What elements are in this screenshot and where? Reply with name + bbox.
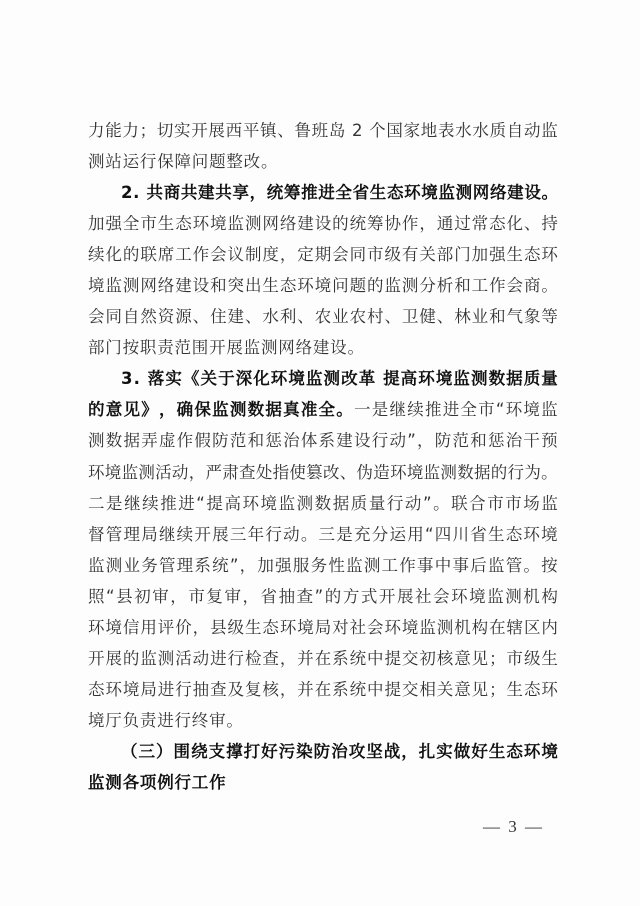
text-char: . bbox=[133, 177, 139, 208]
text-char: 测 bbox=[505, 581, 522, 612]
document-body: 力能力；切实开展西平镇、鲁班岛 2 个国家地表水水质自动监测站运行保障问题整改。… bbox=[88, 115, 558, 798]
text-char: 量 bbox=[369, 488, 386, 519]
text-char: 生 bbox=[488, 519, 505, 550]
text-char: 治 bbox=[331, 736, 348, 767]
text-char: 的 bbox=[367, 270, 384, 301]
text-char: 中 bbox=[367, 643, 384, 674]
text-char: 加 bbox=[257, 550, 274, 581]
text-line: 督管理局继续开展三年行动。三是充分运用“四川省生态环境 bbox=[88, 519, 558, 550]
text-char: 境 bbox=[541, 519, 558, 550]
text-char: 网 bbox=[262, 208, 279, 239]
text-char: 络 bbox=[280, 208, 297, 239]
text-char: 监 bbox=[424, 457, 441, 488]
text-char: 监 bbox=[105, 270, 122, 301]
text-char: 行 bbox=[228, 643, 245, 674]
text-char: 防 bbox=[314, 736, 331, 767]
text-char: 气 bbox=[507, 301, 524, 332]
text-char: 管 bbox=[106, 519, 123, 550]
text-char: 意 bbox=[454, 674, 471, 705]
text-char: 进 bbox=[443, 394, 460, 425]
text-char: 。 bbox=[347, 332, 364, 363]
text-char: 辖 bbox=[507, 612, 524, 643]
text-char: 整 bbox=[226, 146, 243, 177]
text-char: ） bbox=[156, 736, 173, 767]
text-char bbox=[376, 363, 382, 394]
text-char: 核 bbox=[262, 674, 279, 705]
text-char: 的 bbox=[123, 643, 140, 674]
text-char: 业 bbox=[332, 301, 349, 332]
text-char: 监 bbox=[88, 767, 105, 798]
text-char: 数 bbox=[315, 488, 332, 519]
text-char: 态 bbox=[524, 674, 541, 705]
text-char: 3 bbox=[121, 363, 132, 394]
text-char: 共 bbox=[181, 177, 198, 208]
text-char: 境 bbox=[407, 457, 424, 488]
text-char: 提 bbox=[384, 643, 401, 674]
text-char: 强 bbox=[105, 208, 122, 239]
text-char: 境 bbox=[123, 674, 140, 705]
text-char: 环 bbox=[390, 457, 407, 488]
text-char: 打 bbox=[244, 736, 261, 767]
text-char: 2 bbox=[121, 177, 132, 208]
text-char: 境 bbox=[421, 177, 438, 208]
text-char: 提 bbox=[384, 674, 401, 705]
text-char: 测 bbox=[88, 146, 105, 177]
text-line: 二是继续推进“提高环境监测数据质量行动”。联合市市场监 bbox=[88, 488, 558, 519]
text-char: 真 bbox=[283, 394, 300, 425]
text-char: 环 bbox=[193, 208, 210, 239]
text-char: 测 bbox=[245, 208, 262, 239]
text-char: 络 bbox=[490, 177, 507, 208]
text-char: 系 bbox=[332, 674, 349, 705]
text-char: 境 bbox=[88, 270, 105, 301]
text-char: 责 bbox=[157, 332, 174, 363]
text-char: 性 bbox=[328, 550, 345, 581]
text-char: 改 bbox=[244, 146, 261, 177]
text-char: 环 bbox=[541, 674, 558, 705]
text-char: ， bbox=[419, 208, 436, 239]
text-char: 题 bbox=[209, 146, 226, 177]
text-char: （ bbox=[121, 736, 138, 767]
text-char: 同 bbox=[350, 239, 367, 270]
text-char: 监 bbox=[306, 363, 323, 394]
text-char: 级 bbox=[228, 612, 245, 643]
text-char: 管 bbox=[506, 550, 523, 581]
text-char: 进 bbox=[318, 177, 335, 208]
text-char: 作 bbox=[399, 550, 416, 581]
text-char: 范 bbox=[452, 425, 469, 456]
text-char: 、 bbox=[524, 208, 541, 239]
text-char: 测 bbox=[402, 270, 419, 301]
text-char: 篡 bbox=[306, 457, 323, 488]
text-char: 测 bbox=[88, 425, 105, 456]
text-char: 实 bbox=[174, 115, 191, 146]
text-char: 于 bbox=[218, 363, 235, 394]
text-char: 联 bbox=[451, 488, 468, 519]
text-char: 。 bbox=[523, 550, 540, 581]
text-char: 门 bbox=[454, 239, 471, 270]
text-char: 工 bbox=[472, 270, 489, 301]
text-char: 防 bbox=[212, 425, 229, 456]
text-char: 开 bbox=[191, 115, 208, 146]
text-char: 境 bbox=[261, 488, 278, 519]
text-char: 测 bbox=[456, 177, 473, 208]
text-char: 按 bbox=[541, 550, 558, 581]
text-char: 提 bbox=[206, 488, 223, 519]
text-char: 监 bbox=[140, 643, 157, 674]
text-char: 理 bbox=[123, 519, 140, 550]
text-char: 全 bbox=[335, 177, 352, 208]
text-char: 测 bbox=[123, 270, 140, 301]
text-char: 境 bbox=[288, 363, 305, 394]
text-char: 地 bbox=[421, 115, 438, 146]
text-char bbox=[141, 363, 147, 394]
text-char: ， bbox=[250, 177, 267, 208]
text-char: 按 bbox=[123, 332, 140, 363]
text-char: 环 bbox=[506, 394, 523, 425]
text-char: 环 bbox=[451, 581, 468, 612]
text-char: 测 bbox=[158, 643, 175, 674]
text-char: 审 bbox=[152, 581, 169, 612]
text-char: 扎 bbox=[419, 736, 436, 767]
text-char: 态 bbox=[506, 736, 523, 767]
text-char: ， bbox=[242, 581, 259, 612]
text-char: 用 bbox=[407, 519, 424, 550]
text-char: 环 bbox=[541, 239, 558, 270]
text-line: 环境信用评价，县级生态环境局对社会环境监测机构在辖区内 bbox=[88, 612, 558, 643]
text-char: 后 bbox=[470, 550, 487, 581]
text-char: “ bbox=[106, 581, 115, 612]
text-char: 工 bbox=[175, 239, 192, 270]
text-char: 境 bbox=[402, 612, 419, 643]
text-char: 指 bbox=[273, 457, 290, 488]
text-char: 展 bbox=[397, 581, 414, 612]
text-line: 测数据弄虚作假防范和惩治体系建设行动”，防范和惩治干预 bbox=[88, 425, 558, 456]
text-char: 干 bbox=[523, 425, 540, 456]
text-char: 保 bbox=[194, 394, 211, 425]
text-char: 定 bbox=[297, 239, 314, 270]
text-char: 、 bbox=[245, 301, 262, 332]
text-char: 级 bbox=[384, 239, 401, 270]
text-char: 环 bbox=[271, 363, 288, 394]
text-char: 市 bbox=[505, 488, 522, 519]
text-char: 商 bbox=[164, 177, 181, 208]
text-char: 据 bbox=[474, 457, 491, 488]
text-char: 伪 bbox=[357, 457, 374, 488]
text-char: 环 bbox=[524, 736, 541, 767]
text-char: 续 bbox=[142, 488, 159, 519]
text-char: 核 bbox=[437, 643, 454, 674]
text-char: 攻 bbox=[349, 736, 366, 767]
text-char: 系 bbox=[194, 550, 211, 581]
text-char: 督 bbox=[88, 519, 105, 550]
text-char: 在 bbox=[489, 612, 506, 643]
text-char: 构 bbox=[472, 612, 489, 643]
text-char: 环 bbox=[105, 674, 122, 705]
text-char: 初 bbox=[419, 643, 436, 674]
text-char: 网 bbox=[473, 177, 490, 208]
text-char: “ bbox=[425, 519, 434, 550]
text-char: 意 bbox=[454, 643, 471, 674]
text-char: 为 bbox=[524, 457, 541, 488]
text-char: 态 bbox=[88, 674, 105, 705]
text-char: 的 bbox=[123, 239, 140, 270]
text-char: 业 bbox=[472, 301, 489, 332]
document-page: 力能力；切实开展西平镇、鲁班岛 2 个国家地表水水质自动监测站运行保障问题整改。… bbox=[0, 0, 640, 906]
text-char: 社 bbox=[415, 581, 432, 612]
text-char: 和 bbox=[489, 301, 506, 332]
text-char: 局 bbox=[140, 674, 157, 705]
text-char: 是 bbox=[106, 488, 123, 519]
text-char: 数 bbox=[457, 457, 474, 488]
text-char: 统 bbox=[267, 177, 284, 208]
text-char: 管 bbox=[159, 550, 176, 581]
text-char: 态 bbox=[280, 270, 297, 301]
text-char: 质 bbox=[351, 488, 368, 519]
text-char: 肃 bbox=[222, 457, 239, 488]
text-char: 价 bbox=[175, 612, 192, 643]
text-char: 突 bbox=[228, 270, 245, 301]
text-char: 落 bbox=[148, 363, 165, 394]
text-char: 设 bbox=[330, 332, 347, 363]
text-char: 动 bbox=[405, 488, 422, 519]
text-char: 查 bbox=[239, 457, 256, 488]
text-char: 活 bbox=[175, 643, 192, 674]
text-char: 监 bbox=[419, 612, 436, 643]
text-char: 。 bbox=[301, 519, 318, 550]
text-char: 的 bbox=[491, 457, 508, 488]
text-char: 质 bbox=[524, 363, 541, 394]
text-char: 共 bbox=[147, 177, 164, 208]
text-char: 继 bbox=[389, 394, 406, 425]
text-char: 据 bbox=[123, 425, 140, 456]
text-char: 监 bbox=[384, 270, 401, 301]
text-char: 社 bbox=[350, 612, 367, 643]
text-char: 的 bbox=[325, 581, 342, 612]
text-line: 态环境局进行抽查及复核，并在系统中提交相关意见；生态环 bbox=[88, 674, 558, 705]
text-char: ” bbox=[407, 425, 416, 456]
text-char: 行 bbox=[174, 705, 191, 736]
text-line: 环境监测活动，严肃查处指使篡改、伪造环境监测数据的行为。 bbox=[88, 457, 558, 488]
text-char: 建 bbox=[297, 208, 314, 239]
text-char: 市 bbox=[478, 394, 495, 425]
text-char: 态 bbox=[262, 612, 279, 643]
text-char: 推 bbox=[301, 177, 318, 208]
text-char: 化 bbox=[253, 363, 270, 394]
text-char: 、 bbox=[277, 115, 294, 146]
text-char: 实 bbox=[165, 363, 182, 394]
text-char: 环 bbox=[297, 270, 314, 301]
text-char: 能 bbox=[105, 115, 122, 146]
text-char: 惩 bbox=[265, 425, 282, 456]
text-char: 见 bbox=[123, 394, 140, 425]
text-char: ， bbox=[417, 425, 434, 456]
text-line: 部门按职责范围开展监测网络建设。 bbox=[88, 332, 558, 363]
text-char: 服 bbox=[293, 550, 310, 581]
text-char: 省 bbox=[353, 177, 370, 208]
text-char: 中 bbox=[435, 550, 452, 581]
text-char: 行 bbox=[265, 519, 282, 550]
text-char: 级 bbox=[524, 643, 541, 674]
text-char: 弄 bbox=[141, 425, 158, 456]
text-char: 全 bbox=[319, 394, 336, 425]
text-char: 惩 bbox=[488, 425, 505, 456]
text-char: 分 bbox=[419, 270, 436, 301]
text-char: 、 bbox=[193, 301, 210, 332]
text-char: 自 bbox=[123, 301, 140, 332]
text-char: 和 bbox=[248, 425, 265, 456]
text-char: 障 bbox=[174, 146, 191, 177]
text-char: 设 bbox=[524, 177, 541, 208]
text-char: 监 bbox=[346, 550, 363, 581]
text-char: 岛 bbox=[329, 115, 346, 146]
text-char: 范 bbox=[174, 332, 191, 363]
text-char: 理 bbox=[177, 550, 194, 581]
text-char: 健 bbox=[419, 301, 436, 332]
text-char: 境 bbox=[436, 363, 453, 394]
text-char: 个 bbox=[369, 115, 386, 146]
text-char: 期 bbox=[315, 239, 332, 270]
text-char: 分 bbox=[372, 519, 389, 550]
text-char: 水 bbox=[455, 115, 472, 146]
text-char: 平 bbox=[243, 115, 260, 146]
text-char: 深 bbox=[236, 363, 253, 394]
text-char: 做 bbox=[454, 736, 471, 767]
text-char: 共 bbox=[215, 177, 232, 208]
text-char: 展 bbox=[212, 519, 229, 550]
text-char: 行 bbox=[387, 488, 404, 519]
text-char: 负 bbox=[123, 705, 140, 736]
text-char: 终 bbox=[192, 705, 209, 736]
text-char: 统 bbox=[350, 208, 367, 239]
text-char: 环 bbox=[242, 488, 259, 519]
text-char: 好 bbox=[471, 736, 488, 767]
text-char: 监 bbox=[541, 394, 558, 425]
text-char: 环 bbox=[88, 457, 105, 488]
text-char: 建 bbox=[336, 425, 353, 456]
text-char: 班 bbox=[312, 115, 329, 146]
text-char: 力 bbox=[122, 115, 139, 146]
text-char: 部 bbox=[88, 332, 105, 363]
text-char: 三 bbox=[230, 519, 247, 550]
text-char: 并 bbox=[297, 674, 314, 705]
text-char: 测 bbox=[437, 612, 454, 643]
text-char: 县 bbox=[210, 612, 227, 643]
text-char: 的 bbox=[88, 394, 105, 425]
text-char: 审 bbox=[209, 705, 226, 736]
text-char: 交 bbox=[402, 643, 419, 674]
text-char: 建 bbox=[198, 177, 215, 208]
text-char: 和 bbox=[210, 270, 227, 301]
text-char: 》 bbox=[141, 394, 158, 425]
text-char: 改 bbox=[323, 457, 340, 488]
text-char: 家 bbox=[404, 115, 421, 146]
text-char: 项 bbox=[140, 767, 157, 798]
text-char: 使 bbox=[289, 457, 306, 488]
text-char: ， bbox=[159, 394, 176, 425]
text-char: 开 bbox=[88, 643, 105, 674]
text-char: 出 bbox=[245, 270, 262, 301]
text-char: 实 bbox=[436, 736, 453, 767]
text-char: 污 bbox=[279, 736, 296, 767]
text-char: 生 bbox=[262, 270, 279, 301]
text-char: 在 bbox=[315, 674, 332, 705]
text-line: 会同自然资源、住建、水利、农业农村、卫健、林业和气象等 bbox=[88, 301, 558, 332]
text-char: 鲁 bbox=[294, 115, 311, 146]
text-char: 村 bbox=[367, 301, 384, 332]
text-char: 测 bbox=[105, 767, 122, 798]
text-char: 市 bbox=[487, 488, 504, 519]
text-char: 测 bbox=[138, 457, 155, 488]
text-char: 作 bbox=[402, 208, 419, 239]
text-char: ” bbox=[230, 550, 239, 581]
text-char: 联 bbox=[140, 239, 157, 270]
text-char: ， bbox=[280, 674, 297, 705]
text-char: 局 bbox=[141, 519, 158, 550]
text-char: 推 bbox=[425, 394, 442, 425]
text-char: 初 bbox=[134, 581, 151, 612]
text-char: 作 bbox=[193, 239, 210, 270]
text-char: 农 bbox=[315, 301, 332, 332]
text-char: 动 bbox=[193, 643, 210, 674]
text-char: 查 bbox=[262, 643, 279, 674]
text-char: 。 bbox=[541, 177, 558, 208]
text-char: 门 bbox=[105, 332, 122, 363]
text-line: 续化的联席工作会议制度，定期会同市级有关部门加强生态环 bbox=[88, 239, 558, 270]
text-char: 务 bbox=[141, 550, 158, 581]
text-char: 。 bbox=[336, 394, 353, 425]
text-char: 会 bbox=[210, 239, 227, 270]
text-char: 支 bbox=[209, 736, 226, 767]
text-char: 加 bbox=[472, 239, 489, 270]
text-char: “ bbox=[196, 488, 205, 519]
text-char: 环 bbox=[418, 363, 435, 394]
text-char: 运 bbox=[123, 146, 140, 177]
text-char: 在 bbox=[315, 643, 332, 674]
text-char: 内 bbox=[541, 612, 558, 643]
text-char: 建 bbox=[313, 332, 330, 363]
text-char: 围 bbox=[174, 736, 191, 767]
text-char: 开 bbox=[194, 519, 211, 550]
text-char: 络 bbox=[296, 332, 313, 363]
text-char: 关 bbox=[419, 239, 436, 270]
text-char: 坚 bbox=[366, 736, 383, 767]
text-char: 全 bbox=[123, 208, 140, 239]
text-char: 生 bbox=[370, 177, 387, 208]
text-char: 确 bbox=[177, 394, 194, 425]
text-char: 市 bbox=[140, 208, 157, 239]
text-char: 造 bbox=[373, 457, 390, 488]
text-char: 监 bbox=[88, 550, 105, 581]
text-char: 展 bbox=[226, 332, 243, 363]
text-char: 环 bbox=[88, 612, 105, 643]
text-char: 商 bbox=[524, 270, 541, 301]
text-char: 同 bbox=[105, 301, 122, 332]
text-char: 会 bbox=[507, 270, 524, 301]
text-char: 生 bbox=[489, 736, 506, 767]
text-char: 行 bbox=[140, 146, 157, 177]
text-char: 工 bbox=[382, 550, 399, 581]
text-char: 生 bbox=[245, 612, 262, 643]
text-char: ； bbox=[140, 115, 157, 146]
text-char: 强 bbox=[275, 550, 292, 581]
text-char: 、 bbox=[340, 457, 357, 488]
text-char: 境 bbox=[541, 736, 558, 767]
text-char: 处 bbox=[256, 457, 273, 488]
text-char: 态 bbox=[387, 177, 404, 208]
text-char: 过 bbox=[454, 208, 471, 239]
text-char: 系 bbox=[332, 643, 349, 674]
